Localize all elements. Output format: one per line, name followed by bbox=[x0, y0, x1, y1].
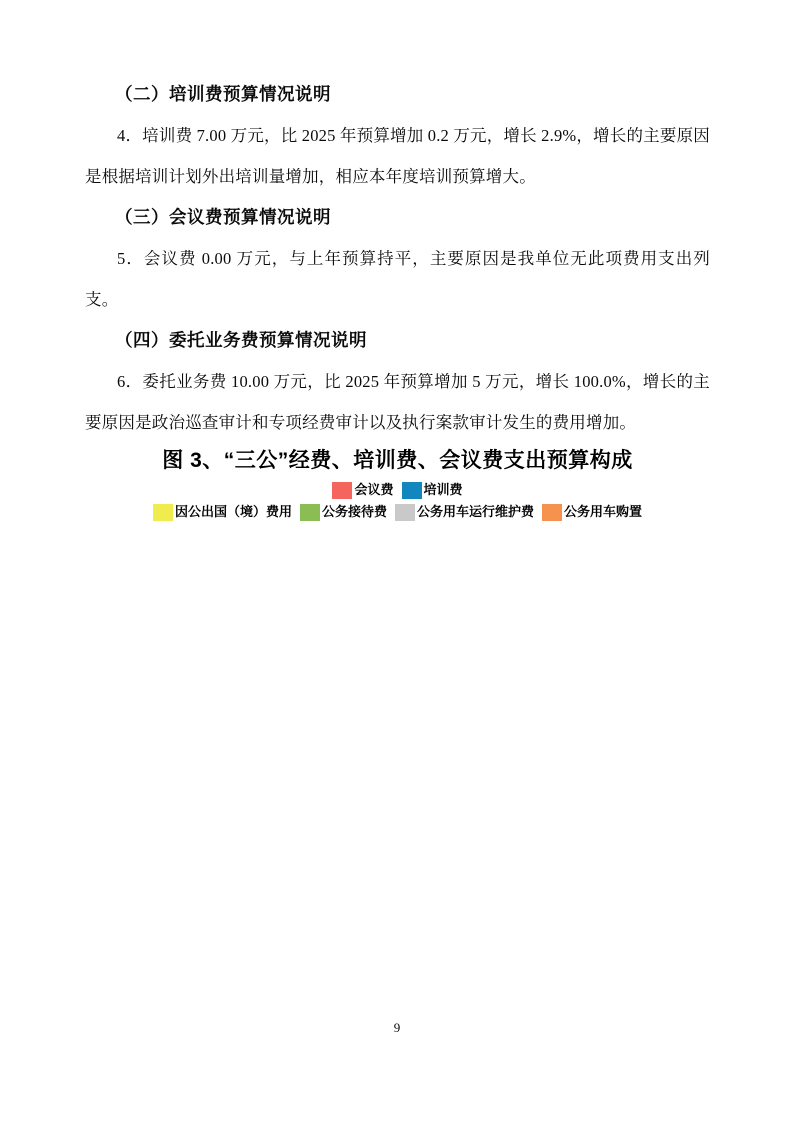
legend-label: 培训费 bbox=[424, 479, 463, 501]
legend-label: 公务用车购置 bbox=[564, 501, 642, 523]
legend-swatch-training-fee bbox=[402, 482, 422, 499]
section-paragraph-meeting-fee: 5．会议费 0.00 万元，与上年预算持平，主要原因是我单位无此项费用支出列支。 bbox=[85, 238, 710, 320]
section-paragraph-entrusted-business-fee: 6．委托业务费 10.00 万元，比 2025 年预算增加 5 万元，增长 10… bbox=[85, 361, 710, 443]
section-heading-entrusted-business-fee: （四）委托业务费预算情况说明 bbox=[85, 320, 710, 361]
figure-3: 图 3、“三公”经费、培训费、会议费支出预算构成 会议费 培训费 因公 bbox=[85, 444, 710, 523]
legend-swatch-abroad-fee bbox=[153, 504, 173, 521]
legend-item-vehicle-maintenance-fee: 公务用车运行维护费 bbox=[395, 501, 534, 523]
legend-item-abroad-fee: 因公出国（境）费用 bbox=[153, 501, 292, 523]
legend-label: 公务接待费 bbox=[322, 501, 387, 523]
section-heading-meeting-fee: （三）会议费预算情况说明 bbox=[85, 197, 710, 238]
page-content: （二）培训费预算情况说明 4．培训费 7.00 万元，比 2025 年预算增加 … bbox=[0, 0, 794, 523]
legend-swatch-reception-fee bbox=[300, 504, 320, 521]
legend-item-training-fee: 培训费 bbox=[402, 479, 463, 501]
legend-item-vehicle-purchase: 公务用车购置 bbox=[542, 501, 642, 523]
legend-row-1: 会议费 培训费 bbox=[85, 479, 710, 501]
figure-legend: 会议费 培训费 因公出国（境）费用 公务接待费 bbox=[85, 479, 710, 523]
legend-swatch-vehicle-purchase bbox=[542, 504, 562, 521]
legend-swatch-vehicle-maintenance-fee bbox=[395, 504, 415, 521]
section-paragraph-training-fee: 4．培训费 7.00 万元，比 2025 年预算增加 0.2 万元，增长 2.9… bbox=[85, 115, 710, 197]
legend-label: 会议费 bbox=[354, 479, 393, 501]
figure-title: 图 3、“三公”经费、培训费、会议费支出预算构成 bbox=[85, 444, 710, 477]
legend-label: 公务用车运行维护费 bbox=[417, 501, 534, 523]
document-page: （二）培训费预算情况说明 4．培训费 7.00 万元，比 2025 年预算增加 … bbox=[0, 0, 794, 1123]
section-heading-training-fee: （二）培训费预算情况说明 bbox=[85, 74, 710, 115]
legend-label: 因公出国（境）费用 bbox=[175, 501, 292, 523]
page-number: 9 bbox=[0, 1019, 794, 1037]
legend-item-meeting-fee: 会议费 bbox=[332, 479, 393, 501]
legend-row-2: 因公出国（境）费用 公务接待费 公务用车运行维护费 公务用车购置 bbox=[85, 501, 710, 523]
legend-swatch-meeting-fee bbox=[332, 482, 352, 499]
legend-item-reception-fee: 公务接待费 bbox=[300, 501, 387, 523]
